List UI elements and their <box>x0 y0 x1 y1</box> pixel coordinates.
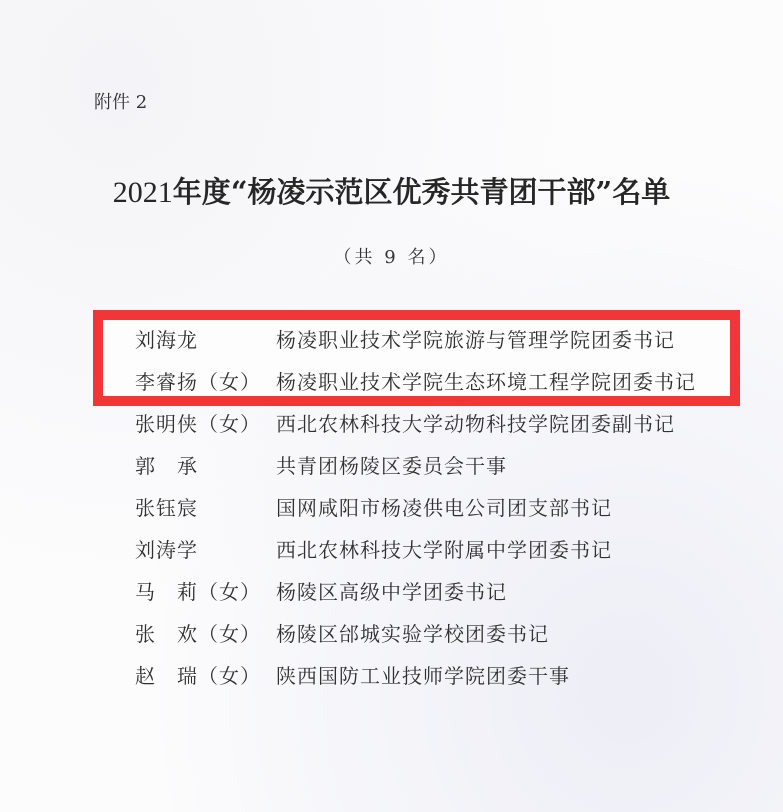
count-note: （共 9 名） <box>0 243 783 269</box>
honoree-name: 刘海龙 <box>135 322 198 358</box>
attachment-label: 附件 2 <box>94 88 147 114</box>
document-title: 2021年度“杨凌示范区优秀共青团干部”名单 <box>0 170 783 211</box>
honoree-duty: 西北农林科技大学附属中学团委书记 <box>276 532 612 568</box>
title-prefix: 年度 <box>173 175 231 209</box>
list-item: 刘海龙 杨凌职业技术学院旅游与管理学院团委书记 <box>0 322 783 358</box>
honoree-duty: 杨陵区高级中学团委书记 <box>276 574 507 610</box>
honoree-name: 刘涛学 <box>135 532 198 568</box>
title-quoted: “杨凌示范区优秀共青团干部” <box>231 175 612 209</box>
honoree-duty: 国网咸阳市杨凌供电公司团支部书记 <box>276 490 612 526</box>
honoree-name: 马 莉（女） <box>135 574 261 610</box>
list-item: 郭 承 共青团杨陵区委员会干事 <box>0 448 783 484</box>
list-item: 张 欢（女） 杨陵区邰城实验学校团委书记 <box>0 616 783 652</box>
list-item: 刘涛学 西北农林科技大学附属中学团委书记 <box>0 532 783 568</box>
honoree-name: 张 欢（女） <box>135 616 261 652</box>
list-item: 李睿扬（女） 杨凌职业技术学院生态环境工程学院团委书记 <box>0 364 783 400</box>
list-item: 马 莉（女） 杨陵区高级中学团委书记 <box>0 574 783 610</box>
title-year: 2021 <box>113 176 173 209</box>
honoree-name: 张钰宸 <box>135 490 198 526</box>
honoree-name: 张明侠（女） <box>135 406 261 442</box>
honoree-duty: 杨陵区邰城实验学校团委书记 <box>276 616 549 652</box>
honoree-duty: 共青团杨陵区委员会干事 <box>276 448 507 484</box>
honoree-name: 李睿扬（女） <box>135 364 261 400</box>
honoree-duty: 陕西国防工业技师学院团委干事 <box>276 658 570 694</box>
list-item: 张明侠（女） 西北农林科技大学动物科技学院团委副书记 <box>0 406 783 442</box>
honoree-name: 赵 瑞（女） <box>135 658 261 694</box>
document-page: 附件 2 2021年度“杨凌示范区优秀共青团干部”名单 （共 9 名） 刘海龙 … <box>0 0 783 812</box>
list-item: 赵 瑞（女） 陕西国防工业技师学院团委干事 <box>0 658 783 694</box>
honoree-duty: 杨凌职业技术学院旅游与管理学院团委书记 <box>276 322 675 358</box>
honoree-name: 郭 承 <box>135 448 198 484</box>
honoree-duty: 西北农林科技大学动物科技学院团委副书记 <box>276 406 675 442</box>
honoree-duty: 杨凌职业技术学院生态环境工程学院团委书记 <box>276 364 696 400</box>
list-item: 张钰宸 国网咸阳市杨凌供电公司团支部书记 <box>0 490 783 526</box>
title-suffix: 名单 <box>612 175 670 209</box>
